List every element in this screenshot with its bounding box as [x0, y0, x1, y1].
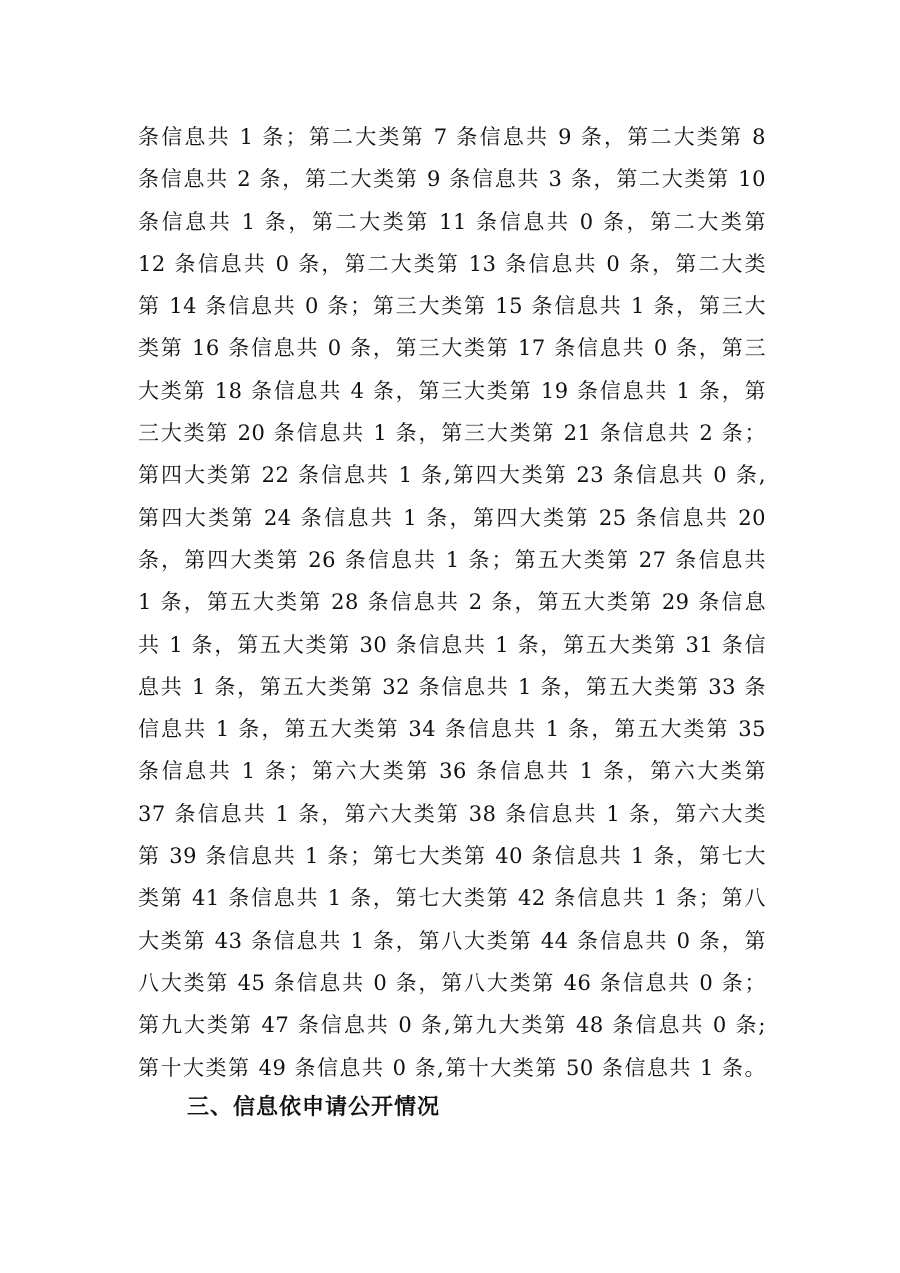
text-line: 条信息共 1 条；第六大类第 36 条信息共 1 条，第六大类第 — [138, 750, 766, 792]
text-line: 第 14 条信息共 0 条；第三大类第 15 条信息共 1 条，第三大 — [138, 285, 766, 327]
text-line: 37 条信息共 1 条，第六大类第 38 条信息共 1 条，第六大类 — [138, 793, 766, 835]
text-line: 三大类第 20 条信息共 1 条，第三大类第 21 条信息共 2 条； — [138, 412, 766, 454]
text-line: 条，第四大类第 26 条信息共 1 条；第五大类第 27 条信息共 — [138, 539, 766, 581]
text-line: 条信息共 2 条，第二大类第 9 条信息共 3 条，第二大类第 10 — [138, 158, 766, 200]
text-line: 八大类第 45 条信息共 0 条，第八大类第 46 条信息共 0 条； — [138, 962, 766, 1004]
document-page: 条信息共 1 条；第二大类第 7 条信息共 9 条，第二大类第 8 条信息共 2… — [0, 0, 900, 1273]
text-line: 第 39 条信息共 1 条；第七大类第 40 条信息共 1 条，第七大 — [138, 835, 766, 877]
text-line: 第九大类第 47 条信息共 0 条,第九大类第 48 条信息共 0 条; — [138, 1004, 766, 1046]
text-line: 大类第 43 条信息共 1 条，第八大类第 44 条信息共 0 条，第 — [138, 920, 766, 962]
text-line: 共 1 条，第五大类第 30 条信息共 1 条，第五大类第 31 条信 — [138, 624, 766, 666]
text-line: 12 条信息共 0 条，第二大类第 13 条信息共 0 条，第二大类 — [138, 243, 766, 285]
text-line: 第四大类第 24 条信息共 1 条，第四大类第 25 条信息共 20 — [138, 497, 766, 539]
text-line: 第四大类第 22 条信息共 1 条,第四大类第 23 条信息共 0 条, — [138, 454, 766, 496]
section-heading: 三、信息依申请公开情况 — [187, 1088, 440, 1128]
text-line: 类第 16 条信息共 0 条，第三大类第 17 条信息共 0 条，第三 — [138, 327, 766, 369]
text-line: 条信息共 1 条；第二大类第 7 条信息共 9 条，第二大类第 8 — [138, 116, 766, 158]
text-line: 信息共 1 条，第五大类第 34 条信息共 1 条，第五大类第 35 — [138, 708, 766, 750]
text-line: 息共 1 条，第五大类第 32 条信息共 1 条，第五大类第 33 条 — [138, 666, 766, 708]
text-line: 条信息共 1 条，第二大类第 11 条信息共 0 条，第二大类第 — [138, 201, 766, 243]
text-line: 第十大类第 49 条信息共 0 条,第十大类第 50 条信息共 1 条。 — [138, 1047, 766, 1089]
body-paragraph: 条信息共 1 条；第二大类第 7 条信息共 9 条，第二大类第 8 条信息共 2… — [138, 116, 766, 1089]
text-line: 大类第 18 条信息共 4 条，第三大类第 19 条信息共 1 条，第 — [138, 370, 766, 412]
text-line: 1 条，第五大类第 28 条信息共 2 条，第五大类第 29 条信息 — [138, 581, 766, 623]
text-line: 类第 41 条信息共 1 条，第七大类第 42 条信息共 1 条；第八 — [138, 877, 766, 919]
